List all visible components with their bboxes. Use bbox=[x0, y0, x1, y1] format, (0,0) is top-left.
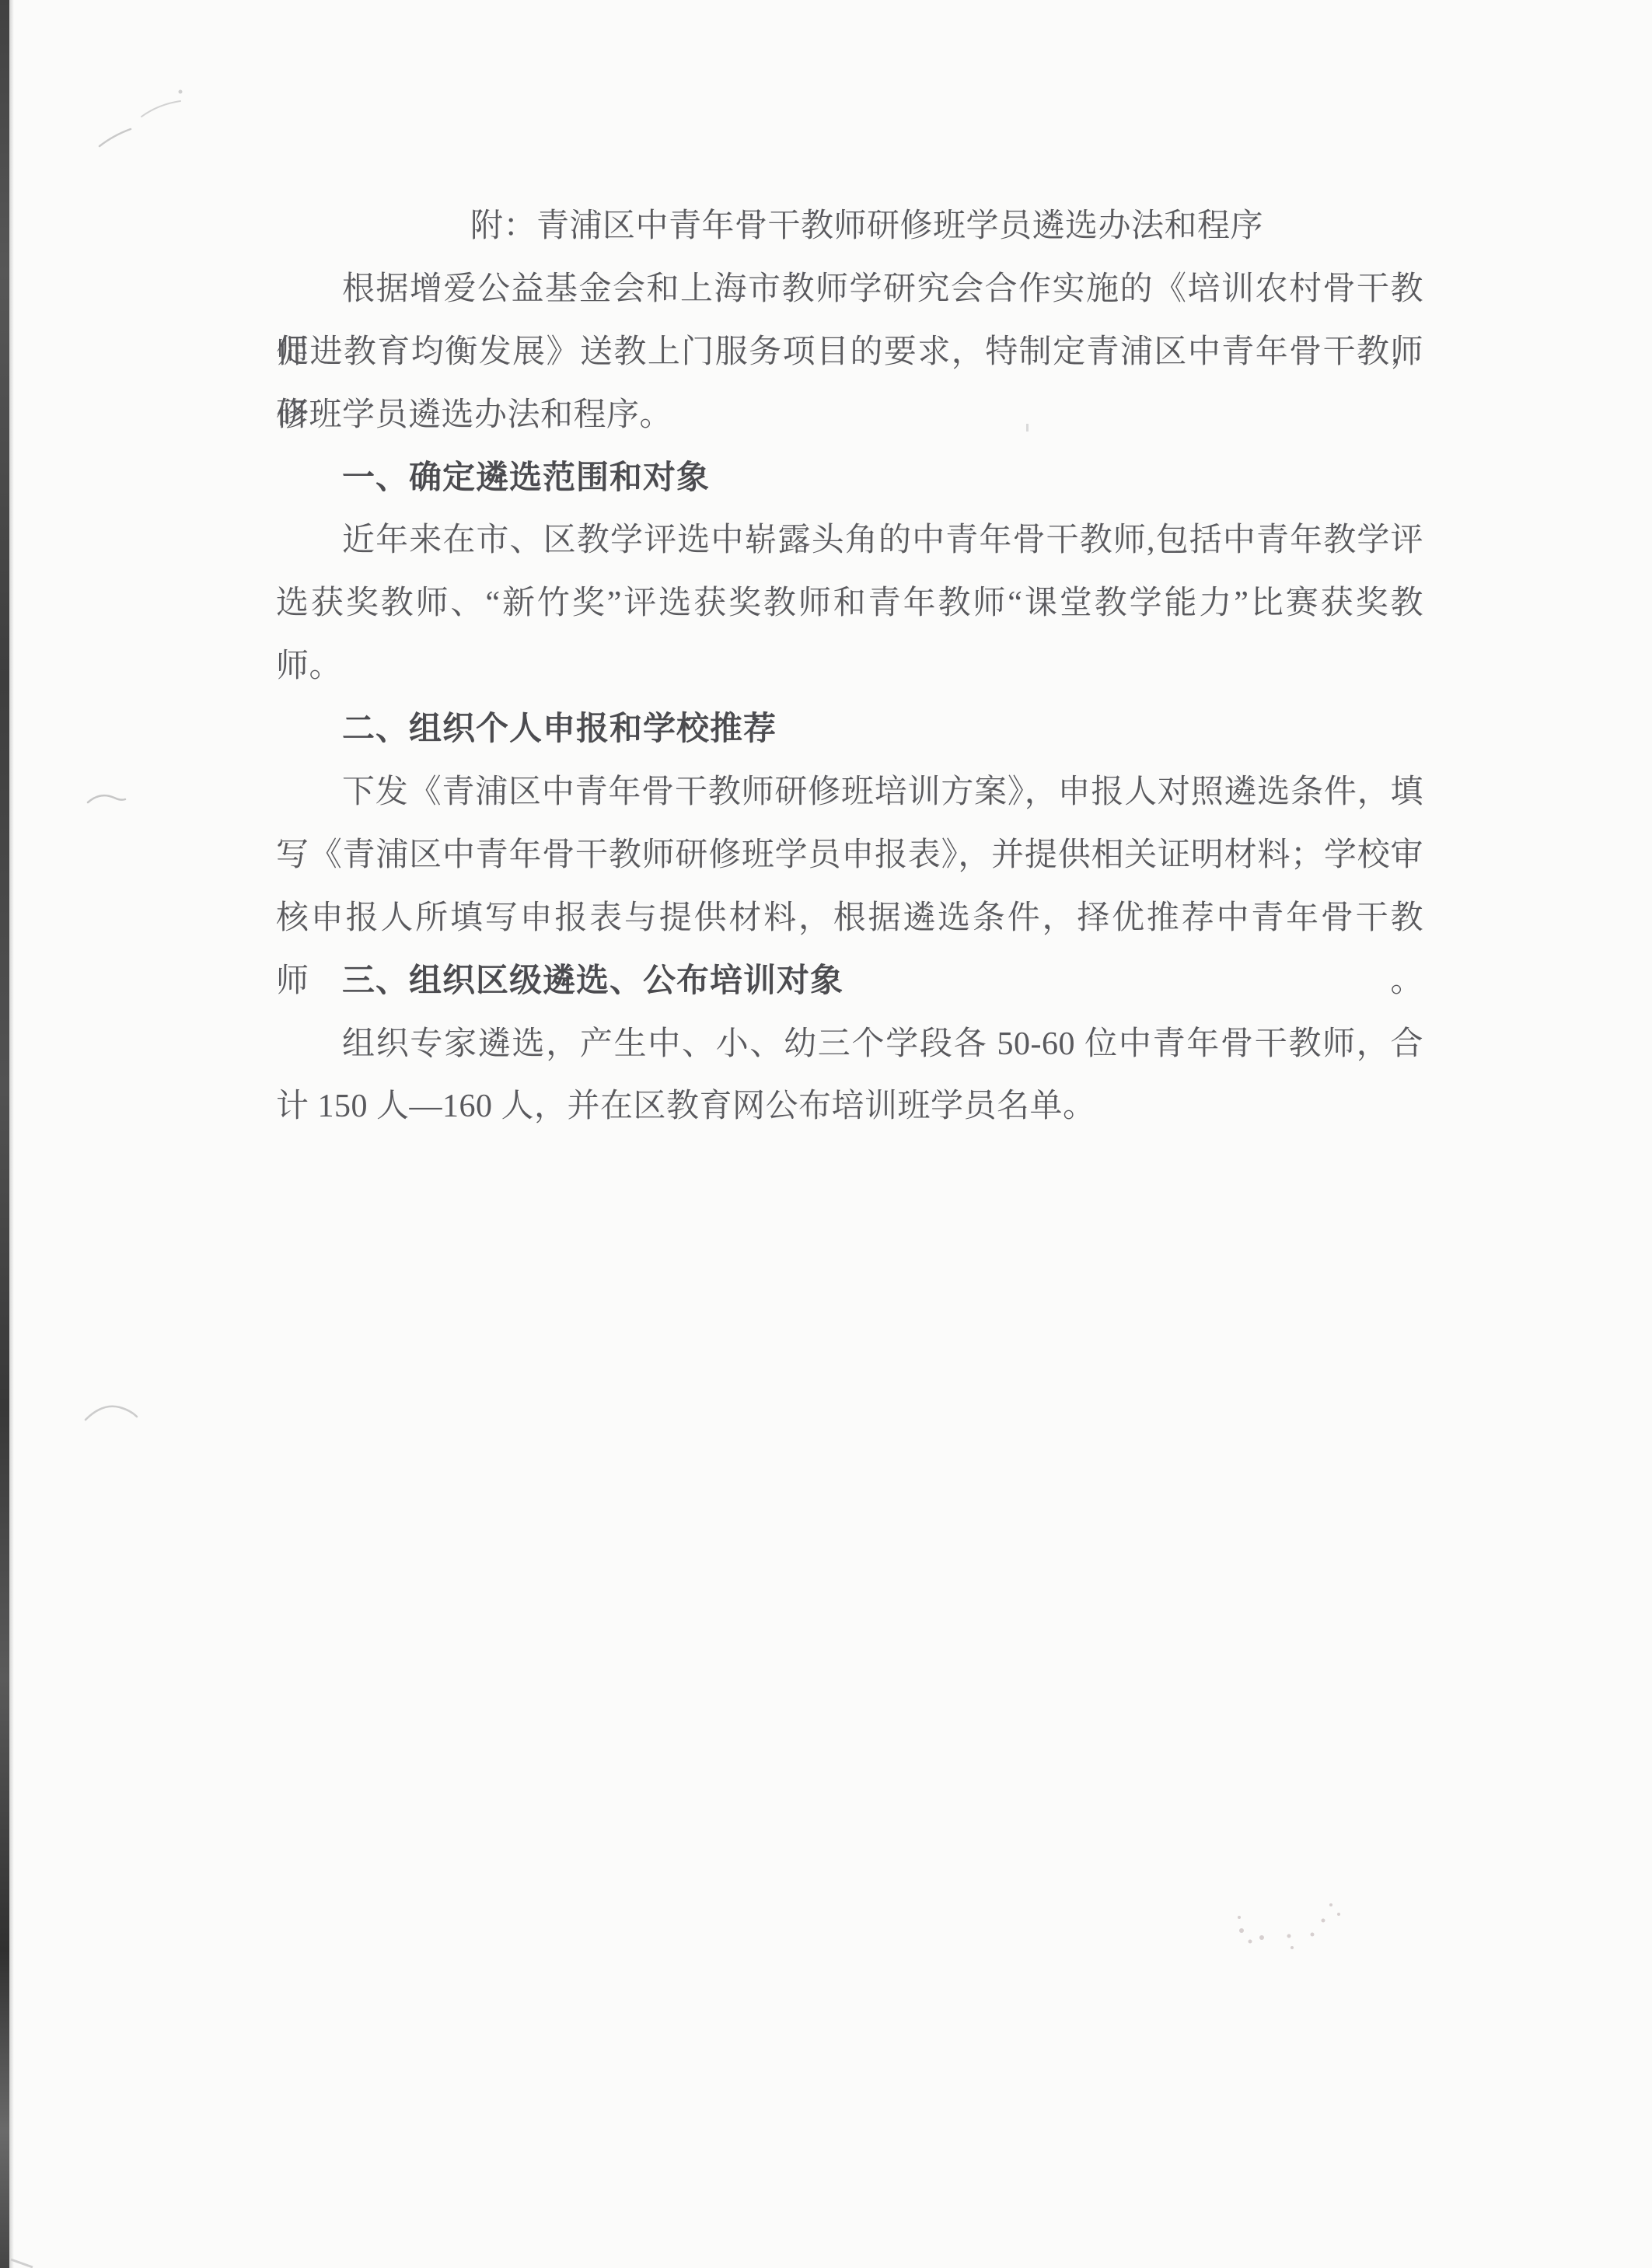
document-line: 组织专家遴选，产生中、小、幼三个学段各 50-60 位中青年骨干教师，合 bbox=[276, 1013, 1423, 1076]
document-line: 促进教育均衡发展》送教上门服务项目的要求，特制定青浦区中青年骨干教师研 bbox=[276, 321, 1423, 384]
speck-top-left bbox=[179, 90, 183, 94]
scanner-edge-strip bbox=[0, 0, 9, 2268]
document-title: 附：青浦区中青年骨干教师研修班学员遴选办法和程序 bbox=[276, 195, 1423, 258]
corner-mark-bottom-left bbox=[11, 2259, 33, 2267]
section-heading: 二、组织个人申报和学校推荐 bbox=[276, 698, 1423, 761]
document-line: 核申报人所填写申报表与提供材料，根据遴选条件，择优推荐中青年骨干教师。 bbox=[276, 887, 1423, 950]
document-line: 计 150 人—160 人，并在区教育网公布培训班学员名单。 bbox=[276, 1075, 1423, 1138]
document-line: 修班学员遴选办法和程序。 bbox=[276, 384, 1423, 447]
document-line: 近年来在市、区教学评选中崭露头角的中青年骨干教师,包括中青年教学评 bbox=[276, 509, 1423, 572]
document-text-block: 附：青浦区中青年骨干教师研修班学员遴选办法和程序根据增爱公益基金会和上海市教师学… bbox=[276, 195, 1423, 1138]
document-line: 下发《青浦区中青年骨干教师研修班培训方案》，申报人对照遴选条件，填 bbox=[276, 761, 1423, 824]
scratch-top-left-b bbox=[141, 101, 180, 117]
document-line: 根据增爱公益基金会和上海市教师学研究会合作实施的《培训农村骨干教师， bbox=[276, 258, 1423, 321]
speckles-bottom-right bbox=[1238, 1903, 1340, 1949]
scanned-document-page: 附：青浦区中青年骨干教师研修班学员遴选办法和程序根据增爱公益基金会和上海市教师学… bbox=[0, 0, 1652, 2268]
scanner-edge-shadow bbox=[9, 0, 14, 2268]
squiggle-lower-left bbox=[86, 1407, 137, 1420]
squiggle-mid-left bbox=[88, 795, 125, 802]
document-line: 选获奖教师、“新竹奖”评选获奖教师和青年教师“课堂教学能力”比赛获奖教 bbox=[276, 572, 1423, 635]
scratch-top-left-a bbox=[100, 129, 131, 146]
document-line: 写《青浦区中青年骨干教师研修班学员申报表》，并提供相关证明材料；学校审 bbox=[276, 824, 1423, 887]
document-line: 师。 bbox=[276, 635, 1423, 698]
section-heading: 一、确定遴选范围和对象 bbox=[276, 447, 1423, 510]
